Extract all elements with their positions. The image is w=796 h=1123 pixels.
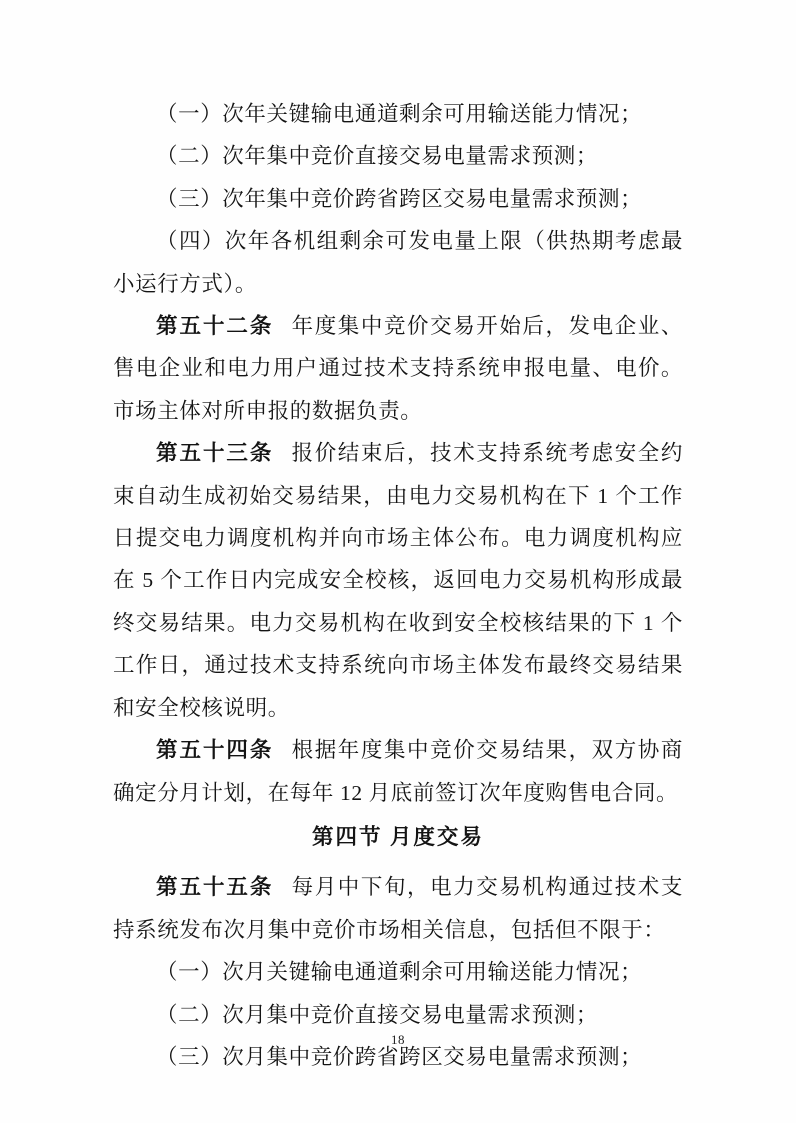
article-paragraph: 第五十三条报价结束后，技术支持系统考虑安全约束自动生成初始交易结果，由电力交易机… <box>113 432 683 729</box>
clause-item: （二）次年集中竞价直接交易电量需求预测； <box>113 135 683 177</box>
page-content: （一）次年关键输电通道剩余可用输送能力情况；（二）次年集中竞价直接交易电量需求预… <box>113 93 683 1078</box>
clause-item: （一）次月关键输电通道剩余可用输送能力情况； <box>113 951 683 993</box>
clause-item: （二）次月集中竞价直接交易电量需求预测； <box>113 994 683 1036</box>
article-number: 第五十三条 <box>156 441 273 465</box>
clause-item: （四）次年各机组剩余可发电量上限（供热期考虑最小运行方式）。 <box>113 220 683 305</box>
page-number: 18 <box>391 1032 405 1047</box>
article-number: 第五十五条 <box>156 875 273 899</box>
document-page: （一）次年关键输电通道剩余可用输送能力情况；（二）次年集中竞价直接交易电量需求预… <box>0 0 796 1123</box>
page-footer: 18 <box>0 1032 796 1048</box>
article-number: 第五十四条 <box>156 738 273 762</box>
clause-item: （三）次年集中竞价跨省跨区交易电量需求预测； <box>113 178 683 220</box>
article-number: 第五十二条 <box>156 314 273 338</box>
section-heading: 第四节 月度交易 <box>113 816 683 858</box>
article-paragraph: 第五十四条根据年度集中竞价交易结果，双方协商确定分月计划，在每年 12 月底前签… <box>113 729 683 814</box>
clause-item: （一）次年关键输电通道剩余可用输送能力情况； <box>113 93 683 135</box>
article-paragraph: 第五十二条年度集中竞价交易开始后，发电企业、售电企业和电力用户通过技术支持系统申… <box>113 305 683 432</box>
article-paragraph: 第五十五条每月中下旬，电力交易机构通过技术支持系统发布次月集中竞价市场相关信息，… <box>113 866 683 951</box>
article-text: 报价结束后，技术支持系统考虑安全约束自动生成初始交易结果，由电力交易机构在下 1… <box>113 441 683 719</box>
